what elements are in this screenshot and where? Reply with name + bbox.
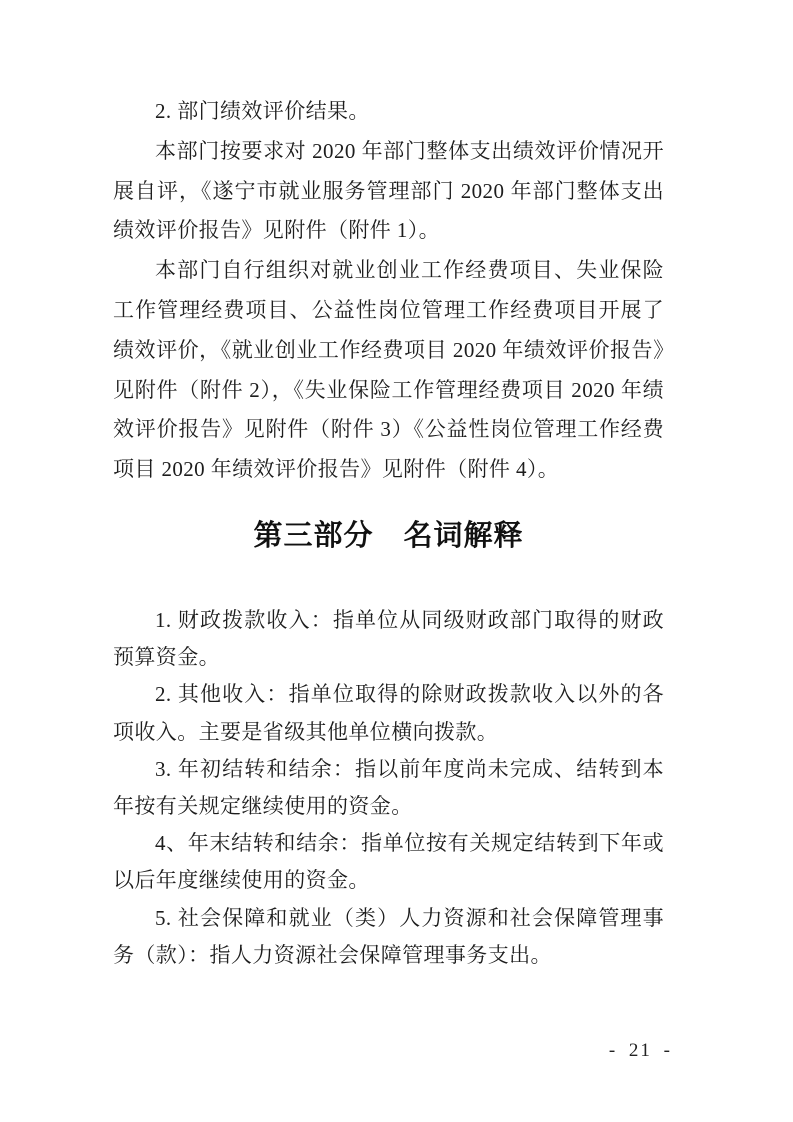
glossary-section: 1. 财政拨款收入：指单位从同级财政部门取得的财政预算资金。 2. 其他收入：指… [113, 602, 664, 974]
glossary-term-social-security-employment: 5. 社会保障和就业（类）人力资源和社会保障管理事务（款）：指人力资源社会保障管… [113, 900, 664, 974]
glossary-term-other-income: 2. 其他收入：指单位取得的除财政拨款收入以外的各项收入。主要是省级其他单位横向… [113, 676, 664, 750]
document-page: 2. 部门绩效评价结果。 本部门按要求对 2020 年部门整体支出绩效评价情况开… [0, 0, 793, 1122]
paragraph-performance-evaluation-result: 2. 部门绩效评价结果。 [113, 92, 664, 132]
section-heading-part-three: 第三部分 名词解释 [113, 516, 664, 556]
document-body: 2. 部门绩效评价结果。 本部门按要求对 2020 年部门整体支出绩效评价情况开… [113, 92, 664, 974]
paragraph-self-evaluation: 本部门按要求对 2020 年部门整体支出绩效评价情况开展自评，《遂宁市就业服务管… [113, 132, 664, 251]
page-number: - 21 - [609, 1040, 672, 1062]
paragraph-project-evaluations: 本部门自行组织对就业创业工作经费项目、失业保险工作管理经费项目、公益性岗位管理工… [113, 251, 664, 490]
glossary-term-year-end-carryover: 4、年末结转和结余：指单位按有关规定结转到下年或以后年度继续使用的资金。 [113, 825, 664, 899]
glossary-term-fiscal-appropriation-income: 1. 财政拨款收入：指单位从同级财政部门取得的财政预算资金。 [113, 602, 664, 676]
glossary-term-beginning-year-carryover: 3. 年初结转和结余：指以前年度尚未完成、结转到本年按有关规定继续使用的资金。 [113, 751, 664, 825]
